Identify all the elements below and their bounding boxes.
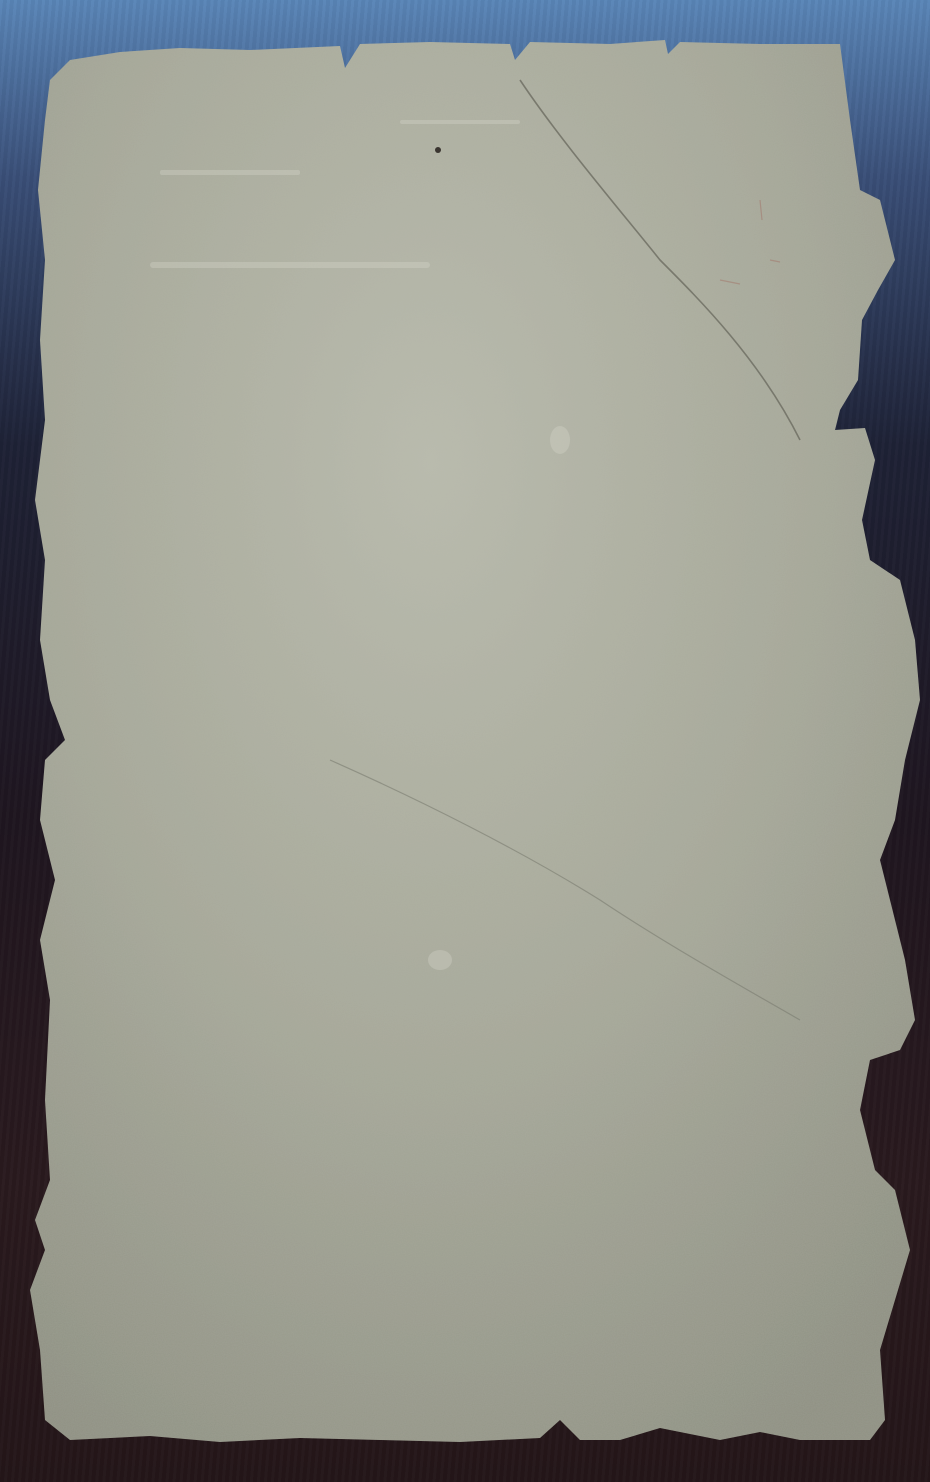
paper-shape: [30, 40, 920, 1442]
ink-speck: [435, 147, 441, 153]
aged-paper-sheet: [0, 0, 930, 1482]
